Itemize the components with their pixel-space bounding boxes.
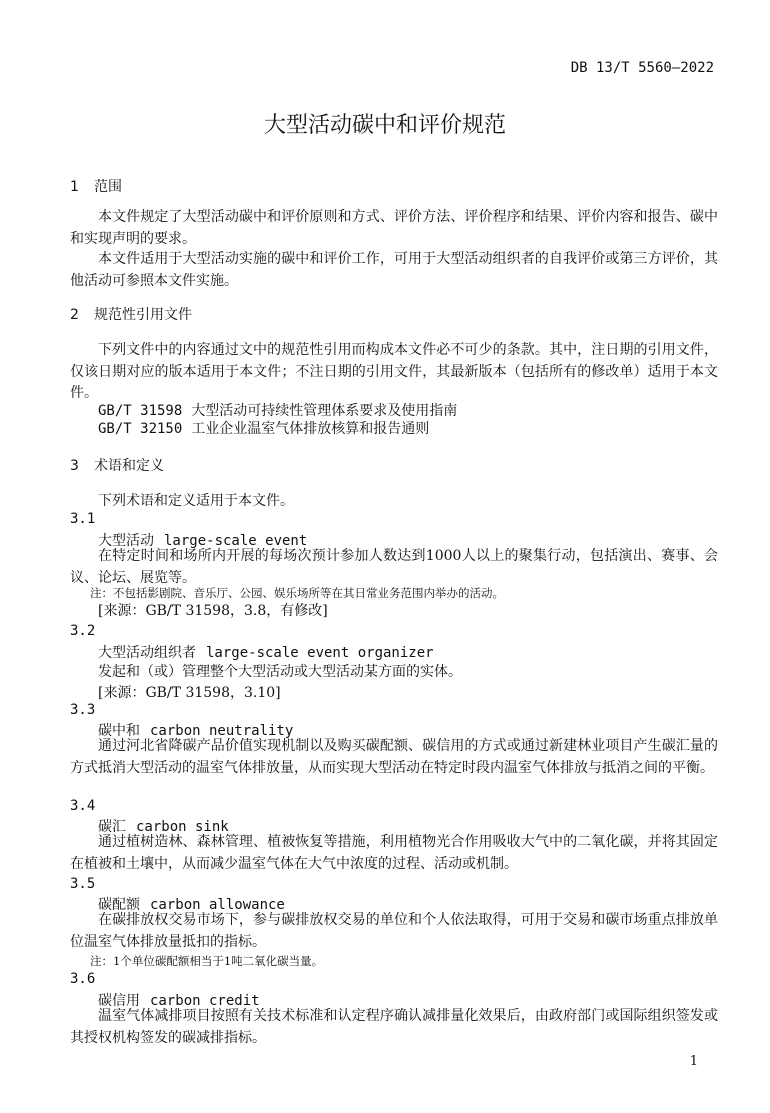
term-source: [来源：GB/T 31598，3.10] <box>98 682 281 702</box>
reference-item: GB/T 31598 大型活动可持续性管理体系要求及使用指南 <box>98 400 457 420</box>
section-heading-3: 3术语和定义 <box>70 455 164 475</box>
section-title: 范围 <box>94 179 122 195</box>
term-number: 3.2 <box>70 623 95 639</box>
term-note: 注：不包括影剧院、音乐厅、公园、娱乐场所等在其日常业务范围内举办的活动。 <box>90 585 504 601</box>
term-number: 3.5 <box>70 876 95 892</box>
term-definition: 在特定时间和场所内开展的每场次预计参加人数达到1000人以上的聚集行动，包括演出… <box>70 546 718 589</box>
reference-title: 大型活动可持续性管理体系要求及使用指南 <box>191 403 457 419</box>
term-heading: 大型活动组织者large-scale event organizer <box>98 642 434 662</box>
term-en: large-scale event organizer <box>206 645 434 661</box>
term-source: [来源：GB/T 31598，3.8，有修改] <box>98 600 328 620</box>
paragraph: 本文件规定了大型活动碳中和评价原则和方式、评价方法、评价程序和结果、评价内容和报… <box>70 207 718 250</box>
term-number: 3.4 <box>70 798 95 814</box>
section-title: 术语和定义 <box>94 458 164 474</box>
section-heading-2: 2规范性引用文件 <box>70 304 192 324</box>
reference-item: GB/T 32150 工业企业温室气体排放核算和报告通则 <box>98 418 429 438</box>
standard-code: DB 13/T 5560—2022 <box>571 60 714 76</box>
term-number: 3.6 <box>70 971 95 987</box>
term-definition: 温室气体减排项目按照有关技术标准和认定程序确认减排量化效果后，由政府部门或国际组… <box>70 1006 718 1049</box>
section-number: 2 <box>70 307 94 323</box>
section-number: 1 <box>70 179 94 195</box>
term-number: 3.1 <box>70 511 95 527</box>
document-title: 大型活动碳中和评价规范 <box>0 108 770 139</box>
term-definition: 通过植树造林、森林管理、植被恢复等措施，利用植物光合作用吸收大气中的二氧化碳，并… <box>70 832 718 875</box>
reference-code: GB/T 32150 <box>98 421 182 437</box>
term-note: 注：1个单位碳配额相当于1吨二氧化碳当量。 <box>90 953 323 969</box>
paragraph: 下列文件中的内容通过文中的规范性引用而构成本文件必不可少的条款。其中，注日期的引… <box>70 340 718 405</box>
term-number: 3.3 <box>70 702 95 718</box>
term-zh: 大型活动组织者 <box>98 645 196 661</box>
term-definition: 通过河北省降碳产品价值实现机制以及购买碳配额、碳信用的方式或通过新建林业项目产生… <box>70 736 718 779</box>
reference-title: 工业企业温室气体排放核算和报告通则 <box>191 421 429 437</box>
paragraph: 本文件适用于大型活动实施的碳中和评价工作，可用于大型活动组织者的自我评价或第三方… <box>70 249 718 292</box>
term-definition: 发起和（或）管理整个大型活动或大型活动某方面的实体。 <box>98 661 462 681</box>
reference-code: GB/T 31598 <box>98 403 182 419</box>
section-number: 3 <box>70 458 94 474</box>
section-intro: 下列术语和定义适用于本文件。 <box>98 490 294 510</box>
term-definition: 在碳排放权交易市场下，参与碳排放权交易的单位和个人依法取得，可用于交易和碳市场重… <box>70 910 718 953</box>
section-heading-1: 1范围 <box>70 176 122 196</box>
section-title: 规范性引用文件 <box>94 307 192 323</box>
page-number: 1 <box>690 1054 698 1069</box>
